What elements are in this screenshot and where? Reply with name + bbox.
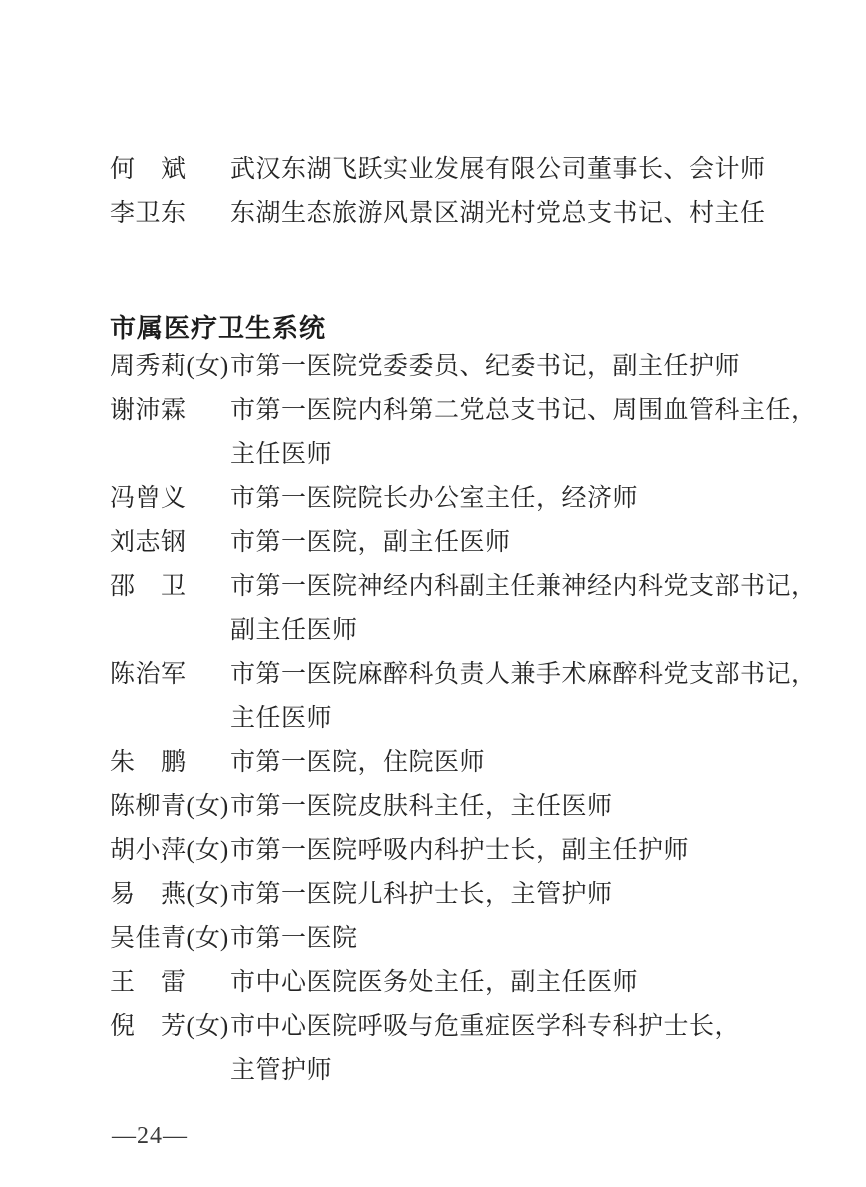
description-line: 市第一医院皮肤科主任，主任医师 (230, 785, 796, 829)
roster-entry: 何 斌 武汉东湖飞跃实业发展有限公司董事长、会计师 (110, 148, 796, 192)
roster-entry: 周秀莉(女) 市第一医院党委委员、纪委书记，副主任护师 (110, 345, 796, 389)
name-cell: 谢沛霖 (110, 389, 230, 433)
description-line: 武汉东湖飞跃实业发展有限公司董事长、会计师 (230, 148, 796, 192)
person-name: 吴佳青 (110, 925, 187, 952)
description-line: 市第一医院麻醉科负责人兼手术麻醉科党支部书记， (230, 653, 796, 697)
person-description: 市第一医院呼吸内科护士长，副主任护师 (230, 829, 796, 873)
person-description: 市第一医院院长办公室主任，经济师 (230, 477, 796, 521)
person-name: 易 燕 (110, 881, 187, 908)
description-line: 市第一医院 (230, 917, 796, 961)
description-line: 主任医师 (230, 433, 796, 477)
description-line: 市中心医院医务处主任，副主任医师 (230, 961, 796, 1005)
name-cell: 陈治军 (110, 653, 230, 697)
name-cell: 刘志钢 (110, 521, 230, 565)
person-name: 刘志钢 (110, 529, 187, 556)
description-line: 市第一医院党委委员、纪委书记，副主任护师 (230, 345, 796, 389)
name-cell: 王 雷 (110, 961, 230, 1005)
description-line: 市中心医院呼吸与危重症医学科专科护士长， (230, 1005, 796, 1049)
person-description: 东湖生态旅游风景区湖光村党总支书记、村主任 (230, 192, 796, 236)
female-marker: (女) (187, 925, 229, 952)
person-name: 陈治军 (110, 661, 187, 688)
female-marker: (女) (187, 1013, 229, 1040)
person-description: 市第一医院内科第二党总支书记、周围血管科主任，主任医师 (230, 389, 796, 477)
person-name: 李卫东 (110, 200, 187, 227)
roster-entry: 李卫东 东湖生态旅游风景区湖光村党总支书记、村主任 (110, 192, 796, 236)
name-cell: 陈柳青(女) (110, 785, 230, 829)
person-description: 市第一医院党委委员、纪委书记，副主任护师 (230, 345, 796, 389)
person-description: 武汉东湖飞跃实业发展有限公司董事长、会计师 (230, 148, 796, 192)
female-marker: (女) (187, 353, 229, 380)
name-cell: 胡小萍(女) (110, 829, 230, 873)
roster-entry: 倪 芳(女) 市中心医院呼吸与危重症医学科专科护士长，主管护师 (110, 1005, 796, 1093)
roster-entry: 邵 卫 市第一医院神经内科副主任兼神经内科党支部书记，副主任医师 (110, 565, 796, 653)
name-cell: 朱 鹏 (110, 741, 230, 785)
person-name: 陈柳青 (110, 793, 187, 820)
person-name: 朱 鹏 (110, 749, 187, 776)
person-name: 冯曾义 (110, 485, 187, 512)
roster-entry: 胡小萍(女) 市第一医院呼吸内科护士长，副主任护师 (110, 829, 796, 873)
female-marker: (女) (187, 837, 229, 864)
person-description: 市第一医院，副主任医师 (230, 521, 796, 565)
person-name: 胡小萍 (110, 837, 187, 864)
person-description: 市第一医院麻醉科负责人兼手术麻醉科党支部书记，主任医师 (230, 653, 796, 741)
roster-entry: 朱 鹏 市第一医院，住院医师 (110, 741, 796, 785)
document-page: 何 斌 武汉东湖飞跃实业发展有限公司董事长、会计师 李卫东 东湖生态旅游风景区湖… (0, 0, 866, 1187)
name-cell: 易 燕(女) (110, 873, 230, 917)
person-name: 倪 芳 (110, 1013, 187, 1040)
person-name: 谢沛霖 (110, 397, 187, 424)
person-description: 市中心医院医务处主任，副主任医师 (230, 961, 796, 1005)
description-line: 市第一医院，副主任医师 (230, 521, 796, 565)
person-description: 市第一医院神经内科副主任兼神经内科党支部书记，副主任医师 (230, 565, 796, 653)
person-name: 王 雷 (110, 969, 187, 996)
roster-entry: 吴佳青(女) 市第一医院 (110, 917, 796, 961)
description-line: 市第一医院呼吸内科护士长，副主任护师 (230, 829, 796, 873)
description-line: 东湖生态旅游风景区湖光村党总支书记、村主任 (230, 192, 796, 236)
female-marker: (女) (187, 881, 229, 908)
name-cell: 邵 卫 (110, 565, 230, 609)
person-description: 市第一医院儿科护士长，主管护师 (230, 873, 796, 917)
name-cell: 冯曾义 (110, 477, 230, 521)
description-line: 主管护师 (230, 1049, 796, 1093)
description-line: 市第一医院神经内科副主任兼神经内科党支部书记， (230, 565, 796, 609)
female-marker: (女) (187, 793, 229, 820)
name-cell: 李卫东 (110, 192, 230, 236)
roster-entry: 刘志钢 市第一医院，副主任医师 (110, 521, 796, 565)
person-description: 市第一医院 (230, 917, 796, 961)
roster-entry: 谢沛霖 市第一医院内科第二党总支书记、周围血管科主任，主任医师 (110, 389, 796, 477)
name-cell: 周秀莉(女) (110, 345, 230, 389)
person-description: 市第一医院皮肤科主任，主任医师 (230, 785, 796, 829)
name-cell: 倪 芳(女) (110, 1005, 230, 1049)
description-line: 副主任医师 (230, 609, 796, 653)
roster-entry-list: 周秀莉(女) 市第一医院党委委员、纪委书记，副主任护师 谢沛霖 市第一医院内科第… (110, 345, 796, 1093)
top-entry-list: 何 斌 武汉东湖飞跃实业发展有限公司董事长、会计师 李卫东 东湖生态旅游风景区湖… (110, 148, 796, 236)
person-name: 邵 卫 (110, 573, 187, 600)
description-line: 市第一医院儿科护士长，主管护师 (230, 873, 796, 917)
person-name: 何 斌 (110, 156, 187, 183)
roster-entry: 易 燕(女) 市第一医院儿科护士长，主管护师 (110, 873, 796, 917)
name-cell: 吴佳青(女) (110, 917, 230, 961)
roster-entry: 陈治军 市第一医院麻醉科负责人兼手术麻醉科党支部书记，主任医师 (110, 653, 796, 741)
person-description: 市第一医院，住院医师 (230, 741, 796, 785)
description-line: 市第一医院内科第二党总支书记、周围血管科主任， (230, 389, 796, 433)
person-description: 市中心医院呼吸与危重症医学科专科护士长，主管护师 (230, 1005, 796, 1093)
roster-entry: 陈柳青(女) 市第一医院皮肤科主任，主任医师 (110, 785, 796, 829)
description-line: 主任医师 (230, 697, 796, 741)
roster-entry: 王 雷 市中心医院医务处主任，副主任医师 (110, 961, 796, 1005)
person-name: 周秀莉 (110, 353, 187, 380)
page-number: —24— (112, 1122, 188, 1150)
name-cell: 何 斌 (110, 148, 230, 192)
section-heading: 市属医疗卫生系统 (110, 306, 326, 350)
description-line: 市第一医院，住院医师 (230, 741, 796, 785)
description-line: 市第一医院院长办公室主任，经济师 (230, 477, 796, 521)
roster-entry: 冯曾义 市第一医院院长办公室主任，经济师 (110, 477, 796, 521)
